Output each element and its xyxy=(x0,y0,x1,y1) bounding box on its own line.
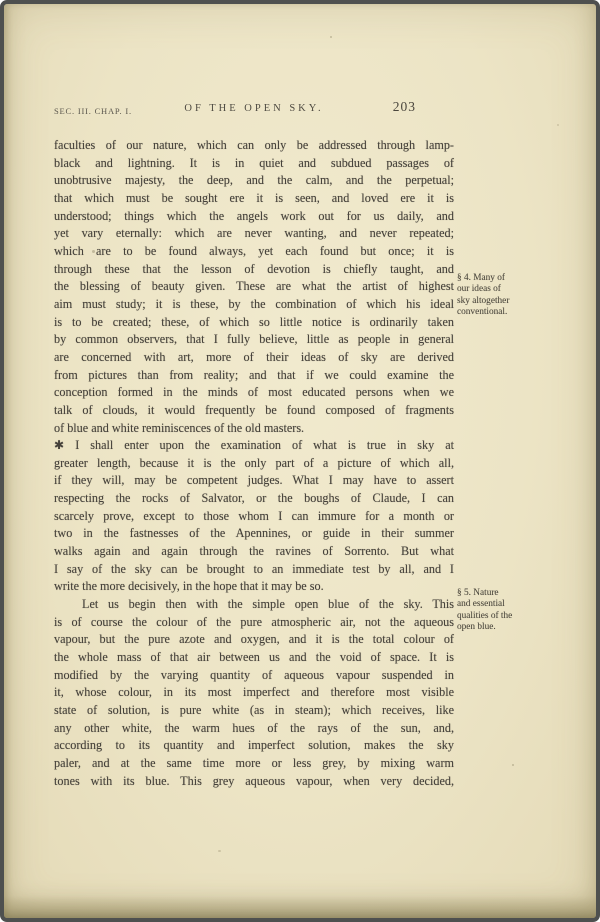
scanned-page: SEC. III. CHAP. I. OF THE OPEN SKY. 203 … xyxy=(0,0,600,922)
scan-speck xyxy=(92,250,95,253)
text-line: ✱ I shall enter upon the examination of … xyxy=(54,437,454,455)
text-line: understood; things which the angels work… xyxy=(54,208,454,226)
text-line: talk of clouds, it would frequently be f… xyxy=(54,402,454,420)
margin-note-line: our ideas of xyxy=(457,284,553,295)
scan-speck xyxy=(512,764,514,766)
text-line: tones with its blue. This grey aqueous v… xyxy=(54,773,454,791)
text-line: respecting the rocks of Salvator, or the… xyxy=(54,490,454,508)
text-line: is to be created; these, of which so lit… xyxy=(54,314,454,332)
text-line: by common observers, that I fully believ… xyxy=(54,331,454,349)
text-line: if they will, may be competent judges. W… xyxy=(54,472,454,490)
margin-note-line: open blue. xyxy=(457,622,553,633)
running-head: SEC. III. CHAP. I. OF THE OPEN SKY. 203 xyxy=(54,101,454,119)
text-line: unobtrusive majesty, the deep, and the c… xyxy=(54,172,454,190)
page-title: OF THE OPEN SKY. xyxy=(184,103,323,114)
text-line: that which must be sought ere it is seen… xyxy=(54,190,454,208)
text-line: any other white, the warm hues of the ra… xyxy=(54,720,454,738)
text-line: state of solution, is pure white (as in … xyxy=(54,702,454,720)
text-line: of blue and white reminiscences of the o… xyxy=(54,420,454,438)
paragraph: ✱ I shall enter upon the examination of … xyxy=(54,437,454,596)
margin-note-line: and essential xyxy=(457,599,553,610)
text-line: modified by the varying quantity of aque… xyxy=(54,667,454,685)
text-line: faculties of our nature, which can only … xyxy=(54,137,454,155)
text-line: two in the fastnesses of the Apennines, … xyxy=(54,525,454,543)
text-line: the whole mass of that air between us an… xyxy=(54,649,454,667)
section-chapter-label: SEC. III. CHAP. I. xyxy=(54,106,132,116)
text-line: from pictures than from reality; and tha… xyxy=(54,367,454,385)
text-line: walks again and again through the ravine… xyxy=(54,543,454,561)
text-line: scarcely prove, except to those whom I c… xyxy=(54,508,454,526)
text-line: black and lightning. It is in quiet and … xyxy=(54,155,454,173)
text-line: I say of the sky can be brought to an im… xyxy=(54,561,454,579)
text-line: vapour, but the pure azote and oxygen, a… xyxy=(54,631,454,649)
text-line: according to its quantity and imperfect … xyxy=(54,737,454,755)
text-line: which are to be found always, yet each f… xyxy=(54,243,454,261)
margin-note-line: conventional. xyxy=(457,307,553,318)
text-line: it, whose colour, in its most imperfect … xyxy=(54,684,454,702)
text-line: conception formed in the minds of most e… xyxy=(54,384,454,402)
text-line: the blessing of beauty given. These are … xyxy=(54,278,454,296)
margin-note-line: § 4. Many of xyxy=(457,273,553,284)
margin-note-4: § 4. Many ofour ideas ofsky altogetherco… xyxy=(457,273,553,319)
text-line: aim must study; it is these, by the comb… xyxy=(54,296,454,314)
text-line: paler, and at the same time more or less… xyxy=(54,755,454,773)
scan-speck xyxy=(557,124,559,126)
text-line: are concerned with art, more of their id… xyxy=(54,349,454,367)
text-line: greater length, because it is the only p… xyxy=(54,455,454,473)
text-line: Let us begin then with the simple open b… xyxy=(54,596,454,614)
text-line: write the more decisively, in the hope t… xyxy=(54,578,454,596)
paragraph: Let us begin then with the simple open b… xyxy=(54,596,454,790)
margin-note-5: § 5. Natureand essentialqualities of the… xyxy=(457,588,553,634)
scan-speck xyxy=(218,850,221,852)
page-bottom-edge xyxy=(4,896,596,918)
paragraph: faculties of our nature, which can only … xyxy=(54,137,454,437)
text-line: is of course the colour of the pure atmo… xyxy=(54,614,454,632)
page-number: 203 xyxy=(393,99,416,115)
margin-note-line: sky altogether xyxy=(457,296,553,307)
margin-note-line: § 5. Nature xyxy=(457,588,553,599)
scan-speck xyxy=(330,36,332,38)
margin-note-line: qualities of the xyxy=(457,611,553,622)
text-line: through these that the lesson of devotio… xyxy=(54,261,454,279)
body-text: faculties of our nature, which can only … xyxy=(54,137,454,790)
text-line: yet vary eternally: which are never want… xyxy=(54,225,454,243)
